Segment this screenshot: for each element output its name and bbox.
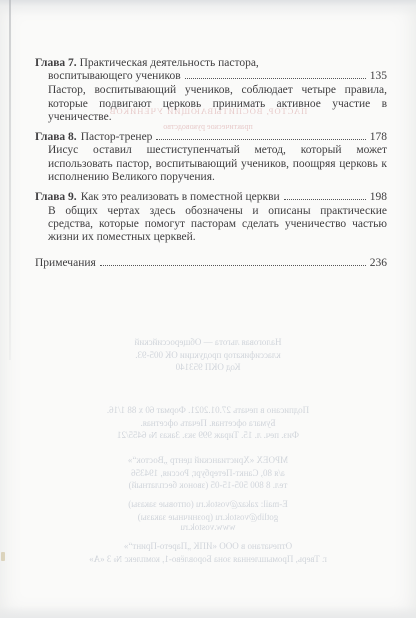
toc-entry-chapter-8: Глава 8. Пастор-тренер 178 Иисус оставил… bbox=[35, 131, 387, 185]
chapter-title-continued: воспитывающего учеников bbox=[48, 70, 181, 83]
showthrough-line: Код ОКП 953140 bbox=[0, 361, 416, 374]
showthrough-line: тел. 8 800 505-15-05 (звонок бесплатный) bbox=[0, 479, 416, 492]
table-of-contents: Глава 7. Практическая деятельность пасто… bbox=[35, 57, 387, 270]
showthrough-line: Бумага офсетная. Печать офсетная. bbox=[0, 417, 416, 430]
chapter-title: Пастор-тренер bbox=[81, 131, 153, 144]
page-number: 135 bbox=[370, 70, 387, 83]
showthrough-line: МРОЕХ «Христианский центр „Восток“» bbox=[0, 454, 416, 467]
dot-leader bbox=[284, 199, 366, 200]
showthrough-line: Отпечатано в ООО «ИПК „Парето-Принт“» bbox=[0, 540, 416, 553]
showthrough-publisher-block: МРОЕХ «Христианский центр „Восток“» а/я … bbox=[0, 454, 416, 492]
showthrough-line: г. Тверь, Промышленная зона Боровлёво-1,… bbox=[0, 553, 416, 566]
book-page-scan: ПАСТОР, ВОСПИТЫВАЮЩИЙ УЧЕНИКОВ практичес… bbox=[0, 0, 416, 618]
chapter-description: В общих чертах здесь обозначены и описан… bbox=[35, 205, 387, 245]
showthrough-line: Подписано в печать 27.01.2021. Формат 60… bbox=[0, 404, 416, 417]
showthrough-website-line: www.vostok.ru bbox=[0, 521, 416, 534]
page-bottom-edge-shadow bbox=[0, 606, 416, 618]
toc-entry-chapter-7: Глава 7. Практическая деятельность пасто… bbox=[35, 57, 387, 125]
showthrough-printer-block: Отпечатано в ООО «ИПК „Парето-Принт“» г.… bbox=[0, 540, 416, 565]
dot-leader bbox=[185, 78, 366, 79]
showthrough-mail-block: E-mail: zakaz@vostok.ru (оптовые заказы)… bbox=[0, 498, 416, 523]
showthrough-line: а/я 80, Санкт-Петербург, Россия, 194356 bbox=[0, 467, 416, 480]
chapter-title-line: Глава 9. Как это реализовать в поместной… bbox=[35, 191, 387, 204]
chapter-title-line: Глава 7. Практическая деятельность пасто… bbox=[35, 57, 387, 70]
chapter-label: Глава 9. bbox=[35, 191, 77, 204]
page-crease bbox=[9, 0, 11, 360]
showthrough-line: E-mail: zakaz@vostok.ru (оптовые заказы) bbox=[0, 498, 416, 511]
showthrough-print-block: Подписано в печать 27.01.2021. Формат 60… bbox=[0, 404, 416, 442]
toc-entry-notes: Примечания 236 bbox=[35, 257, 387, 270]
dot-leader bbox=[156, 139, 365, 140]
chapter-title: Как это реализовать в поместной церкви bbox=[81, 191, 280, 204]
showthrough-line: Налоговая льгота — Общероссийский bbox=[0, 336, 416, 349]
chapter-title: Практическая деятельность пастора, bbox=[80, 57, 259, 69]
showthrough-line: классификатор продукции ОК 005-93. bbox=[0, 349, 416, 362]
chapter-label: Глава 7. bbox=[35, 57, 77, 69]
toc-entry-chapter-9: Глава 9. Как это реализовать в поместной… bbox=[35, 191, 387, 245]
showthrough-line: Физ. печ. л. 15. Тираж 999 экз. Заказ № … bbox=[0, 429, 416, 442]
page-number: 178 bbox=[370, 131, 387, 144]
notes-title: Примечания bbox=[35, 257, 96, 270]
chapter-description: Иисус оставил шестиступенчатый метод, ко… bbox=[35, 144, 387, 184]
chapter-label: Глава 8. bbox=[35, 131, 77, 144]
showthrough-tax-block: Налоговая льгота — Общероссийский класси… bbox=[0, 336, 416, 374]
page-top-edge-shadow bbox=[0, 0, 416, 16]
page-number: 236 bbox=[370, 257, 387, 270]
dot-leader bbox=[100, 265, 366, 266]
chapter-title-wrap-line: воспитывающего учеников 135 bbox=[35, 70, 387, 83]
page-number: 198 bbox=[370, 191, 387, 204]
chapter-description: Пастор, воспитывающий учеников, соблюдае… bbox=[35, 84, 387, 124]
chapter-title-line: Глава 8. Пастор-тренер 178 bbox=[35, 131, 387, 144]
